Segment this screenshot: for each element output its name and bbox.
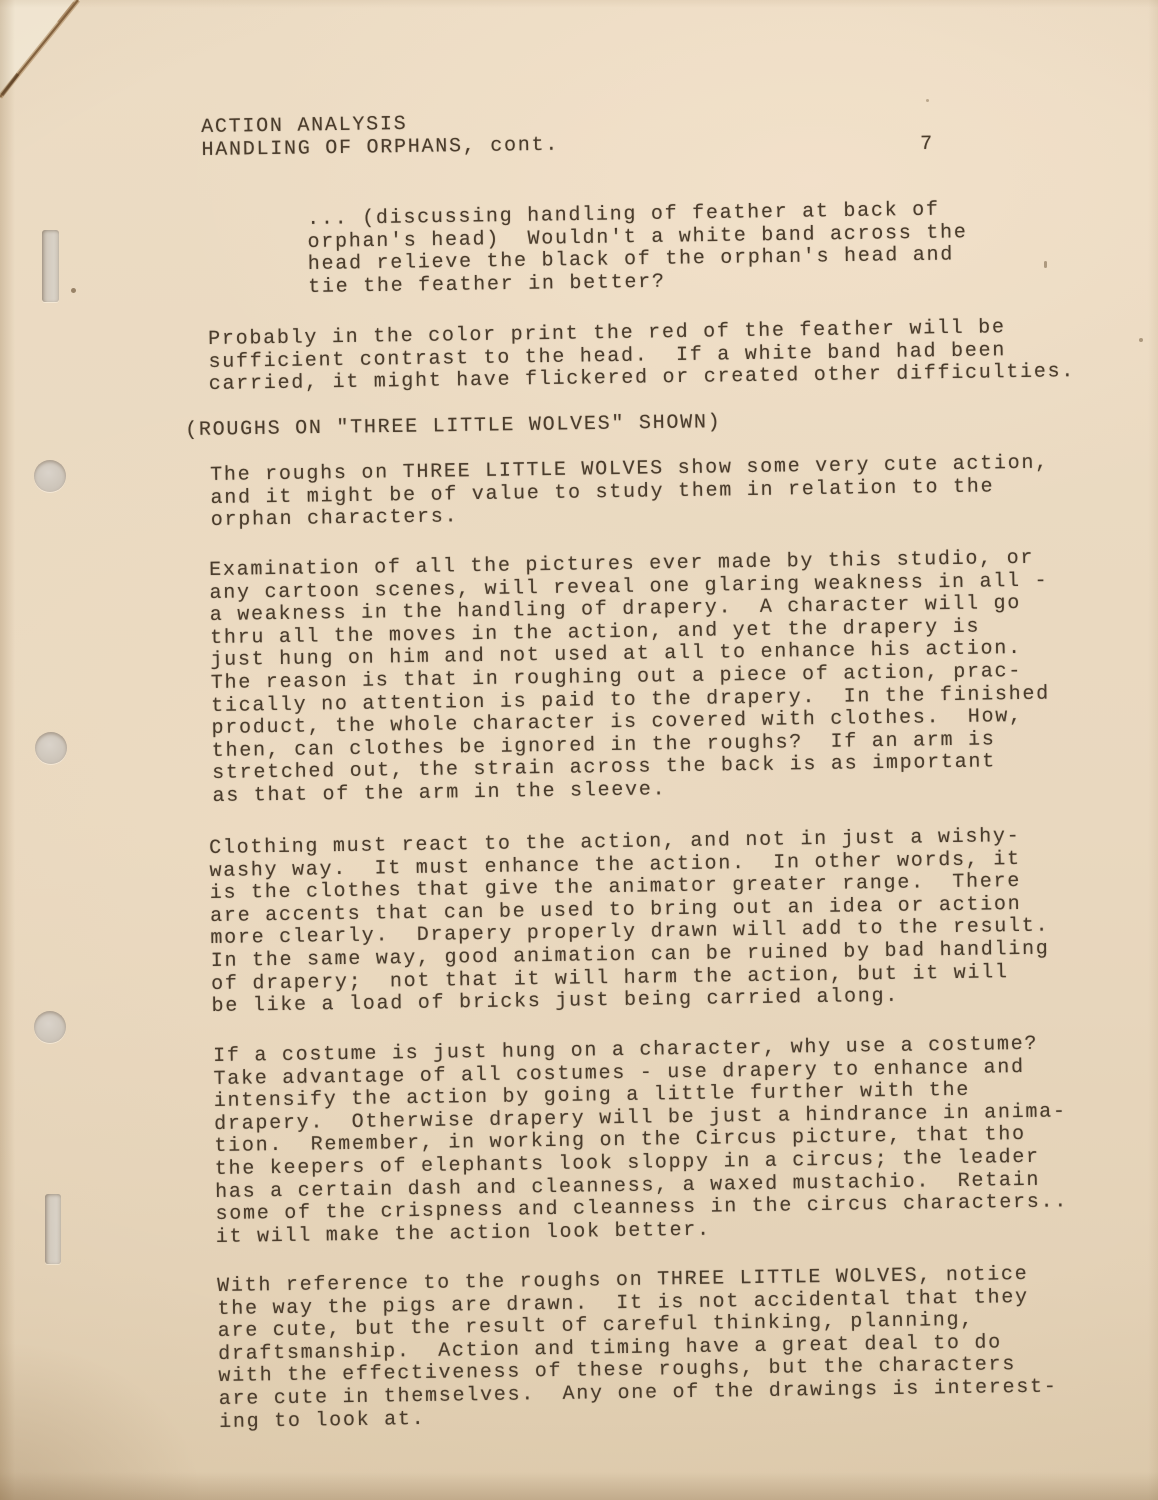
paragraph-examination-drapery: Examination of all the pictures ever mad…: [209, 548, 1051, 809]
paragraph-roughs-cute-action: The roughs on THREE LITTLE WOLVES show s…: [210, 453, 1050, 533]
paper-speck: [1139, 338, 1143, 342]
document-page: ACTION ANALYSIS HANDLING OF ORPHANS, con…: [0, 0, 1158, 1500]
quoted-question-block: ... (discussing handling of feather at b…: [307, 199, 968, 299]
page-number: 7: [920, 134, 934, 157]
punch-hole-1: [34, 460, 66, 492]
paragraph-clothing-react: Clothing must react to the action, and n…: [209, 826, 1050, 1019]
paragraph-costume-circus: If a costume is just hung on a character…: [213, 1033, 1069, 1249]
paragraph-three-little-wolves-pigs: With reference to the roughs on THREE LI…: [217, 1264, 1058, 1435]
paragraph-color-print: Probably in the color print the red of t…: [208, 316, 1075, 397]
page-fold-corner: [0, 0, 132, 132]
punch-hole-3: [34, 1011, 66, 1043]
binder-slot-top: [42, 230, 59, 302]
paper-speck: [1044, 261, 1047, 268]
binder-slot-bottom: [45, 1194, 61, 1264]
punch-hole-2: [35, 732, 67, 764]
document-header: ACTION ANALYSIS HANDLING OF ORPHANS, con…: [201, 112, 559, 162]
paper-speck: [71, 288, 76, 293]
section-heading-roughs-shown: (ROUGHS ON "THREE LITTLE WOLVES" SHOWN): [185, 412, 722, 443]
paper-speck: [926, 99, 929, 102]
